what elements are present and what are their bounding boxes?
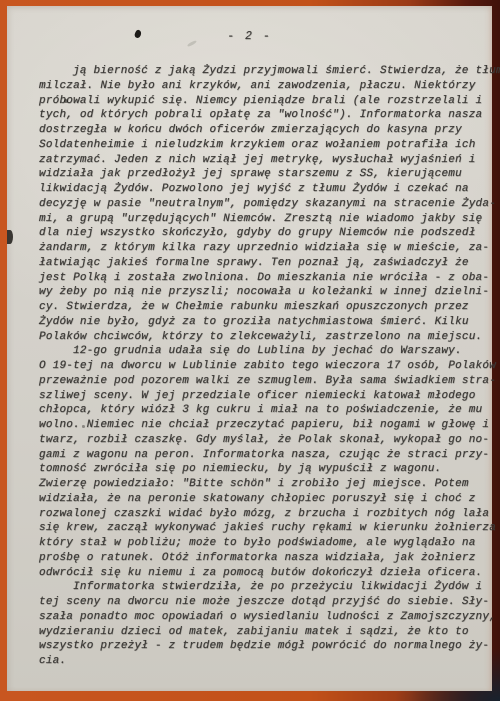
text-line: gami z wagonu na peron. Informatorka nas… xyxy=(39,448,495,463)
text-line: tomność zwróciła się po niemiecku, by ją… xyxy=(39,462,495,477)
text-line: zatrzymać. Jeden z nich wziął jej metryk… xyxy=(39,153,495,168)
text-line: chłopca, który wiózł 3 kg cukru i miał n… xyxy=(39,403,495,418)
ink-speck xyxy=(64,99,68,103)
text-line: widziała jak przedłożył jej sprawę stars… xyxy=(39,167,495,182)
text-line: się krew, zaczął wykonywać jakieś ruchy … xyxy=(39,521,495,536)
text-line: wy żeby po nią nie przyszli; nocowała u … xyxy=(39,285,495,300)
scan-frame: - 2 - ją bierność z jaką Żydzi przyjmowa… xyxy=(0,0,500,701)
text-line: rozwalonej czaszki widać było mózg, z br… xyxy=(39,507,495,522)
text-line: mi, a grupą "urzędujących" Niemców. Zres… xyxy=(39,212,495,227)
text-line: dostrzegła w końcu dwóch oficerów zmierz… xyxy=(39,123,495,138)
text-line: Soldatenheimie i nieludzkim krzykiem ora… xyxy=(39,138,495,153)
text-line: cy. Stwierdza, że w Chełmie rabunku mies… xyxy=(39,300,495,315)
text-line: ją bierność z jaką Żydzi przyjmowali śmi… xyxy=(39,64,495,79)
ink-speck xyxy=(7,230,13,244)
text-line: żandarm, z którym kilka razy uprzednio w… xyxy=(39,241,495,256)
text-line: Żydów nie było, gdyż za to groziła natyc… xyxy=(39,315,495,330)
text-line: widziała, że na peronie skatowany chłopi… xyxy=(39,492,495,507)
text-line: wszystko przeżył - z trudem będzie mógł … xyxy=(39,639,495,654)
text-line: odwrócił się ku niemu i za pomocą butów … xyxy=(39,566,495,581)
text-line: szliwej sceny. W jej przedziale oficer n… xyxy=(39,389,495,404)
text-line: szała ponadto moc opowiadań o wysiedlani… xyxy=(39,610,495,625)
text-line: przeważnie pod pozorem walki ze szmuglem… xyxy=(39,374,495,389)
document-page: - 2 - ją bierność z jaką Żydzi przyjmowa… xyxy=(7,6,492,691)
text-line: tej sceny na dworcu nie może jeszcze dot… xyxy=(39,595,495,610)
text-line: 12-go grudnia udała się do Lublina by je… xyxy=(39,344,495,359)
text-line: dla niej wszystko skończyło, gdyby do gr… xyxy=(39,226,495,241)
text-line: Informatorka stwierdziła, że po przeżyci… xyxy=(39,580,495,595)
text-line: wydzieraniu dzieci od matek, zabijaniu m… xyxy=(39,625,495,640)
page-number: - 2 - xyxy=(7,30,492,43)
text-line: próbowali wykupić się. Niemcy pieniądze … xyxy=(39,94,495,109)
text-line: twarz, rozbił czaszkę. Gdy myślał, że Po… xyxy=(39,433,495,448)
text-line: likwidacją Żydów. Pozwolono jej wyjść z … xyxy=(39,182,495,197)
text-line: O 19-tej na dworcu w Lublinie zabito teg… xyxy=(39,359,495,374)
document-text: ją bierność z jaką Żydzi przyjmowali śmi… xyxy=(39,64,495,669)
text-line: decyzję w pasie "neutralnym", pomiędzy s… xyxy=(39,197,495,212)
text-line: prośbę o ratunek. Otóż informatorka nasz… xyxy=(39,551,495,566)
text-line: tych, od których pobrali opłatę za "woln… xyxy=(39,108,495,123)
text-line: Zwierzę powiedziało: "Bitte schön" i zro… xyxy=(39,477,495,492)
text-line: który stał w pobliżu; może to było podśw… xyxy=(39,536,495,551)
text-line: milczał. Nie było ani krzyków, ani zawod… xyxy=(39,79,495,94)
text-line: wolno. Niemiec nie chciał przeczytać pap… xyxy=(39,418,495,433)
text-line: cia. xyxy=(39,654,495,669)
ink-speck xyxy=(82,425,85,428)
text-line: jest Polką i została zwolniona. Do miesz… xyxy=(39,271,495,286)
text-line: łatwiając jakieś formalne sprawy. Ten po… xyxy=(39,256,495,271)
text-line: Polaków chciwców, którzy to zlekceważyli… xyxy=(39,330,495,345)
